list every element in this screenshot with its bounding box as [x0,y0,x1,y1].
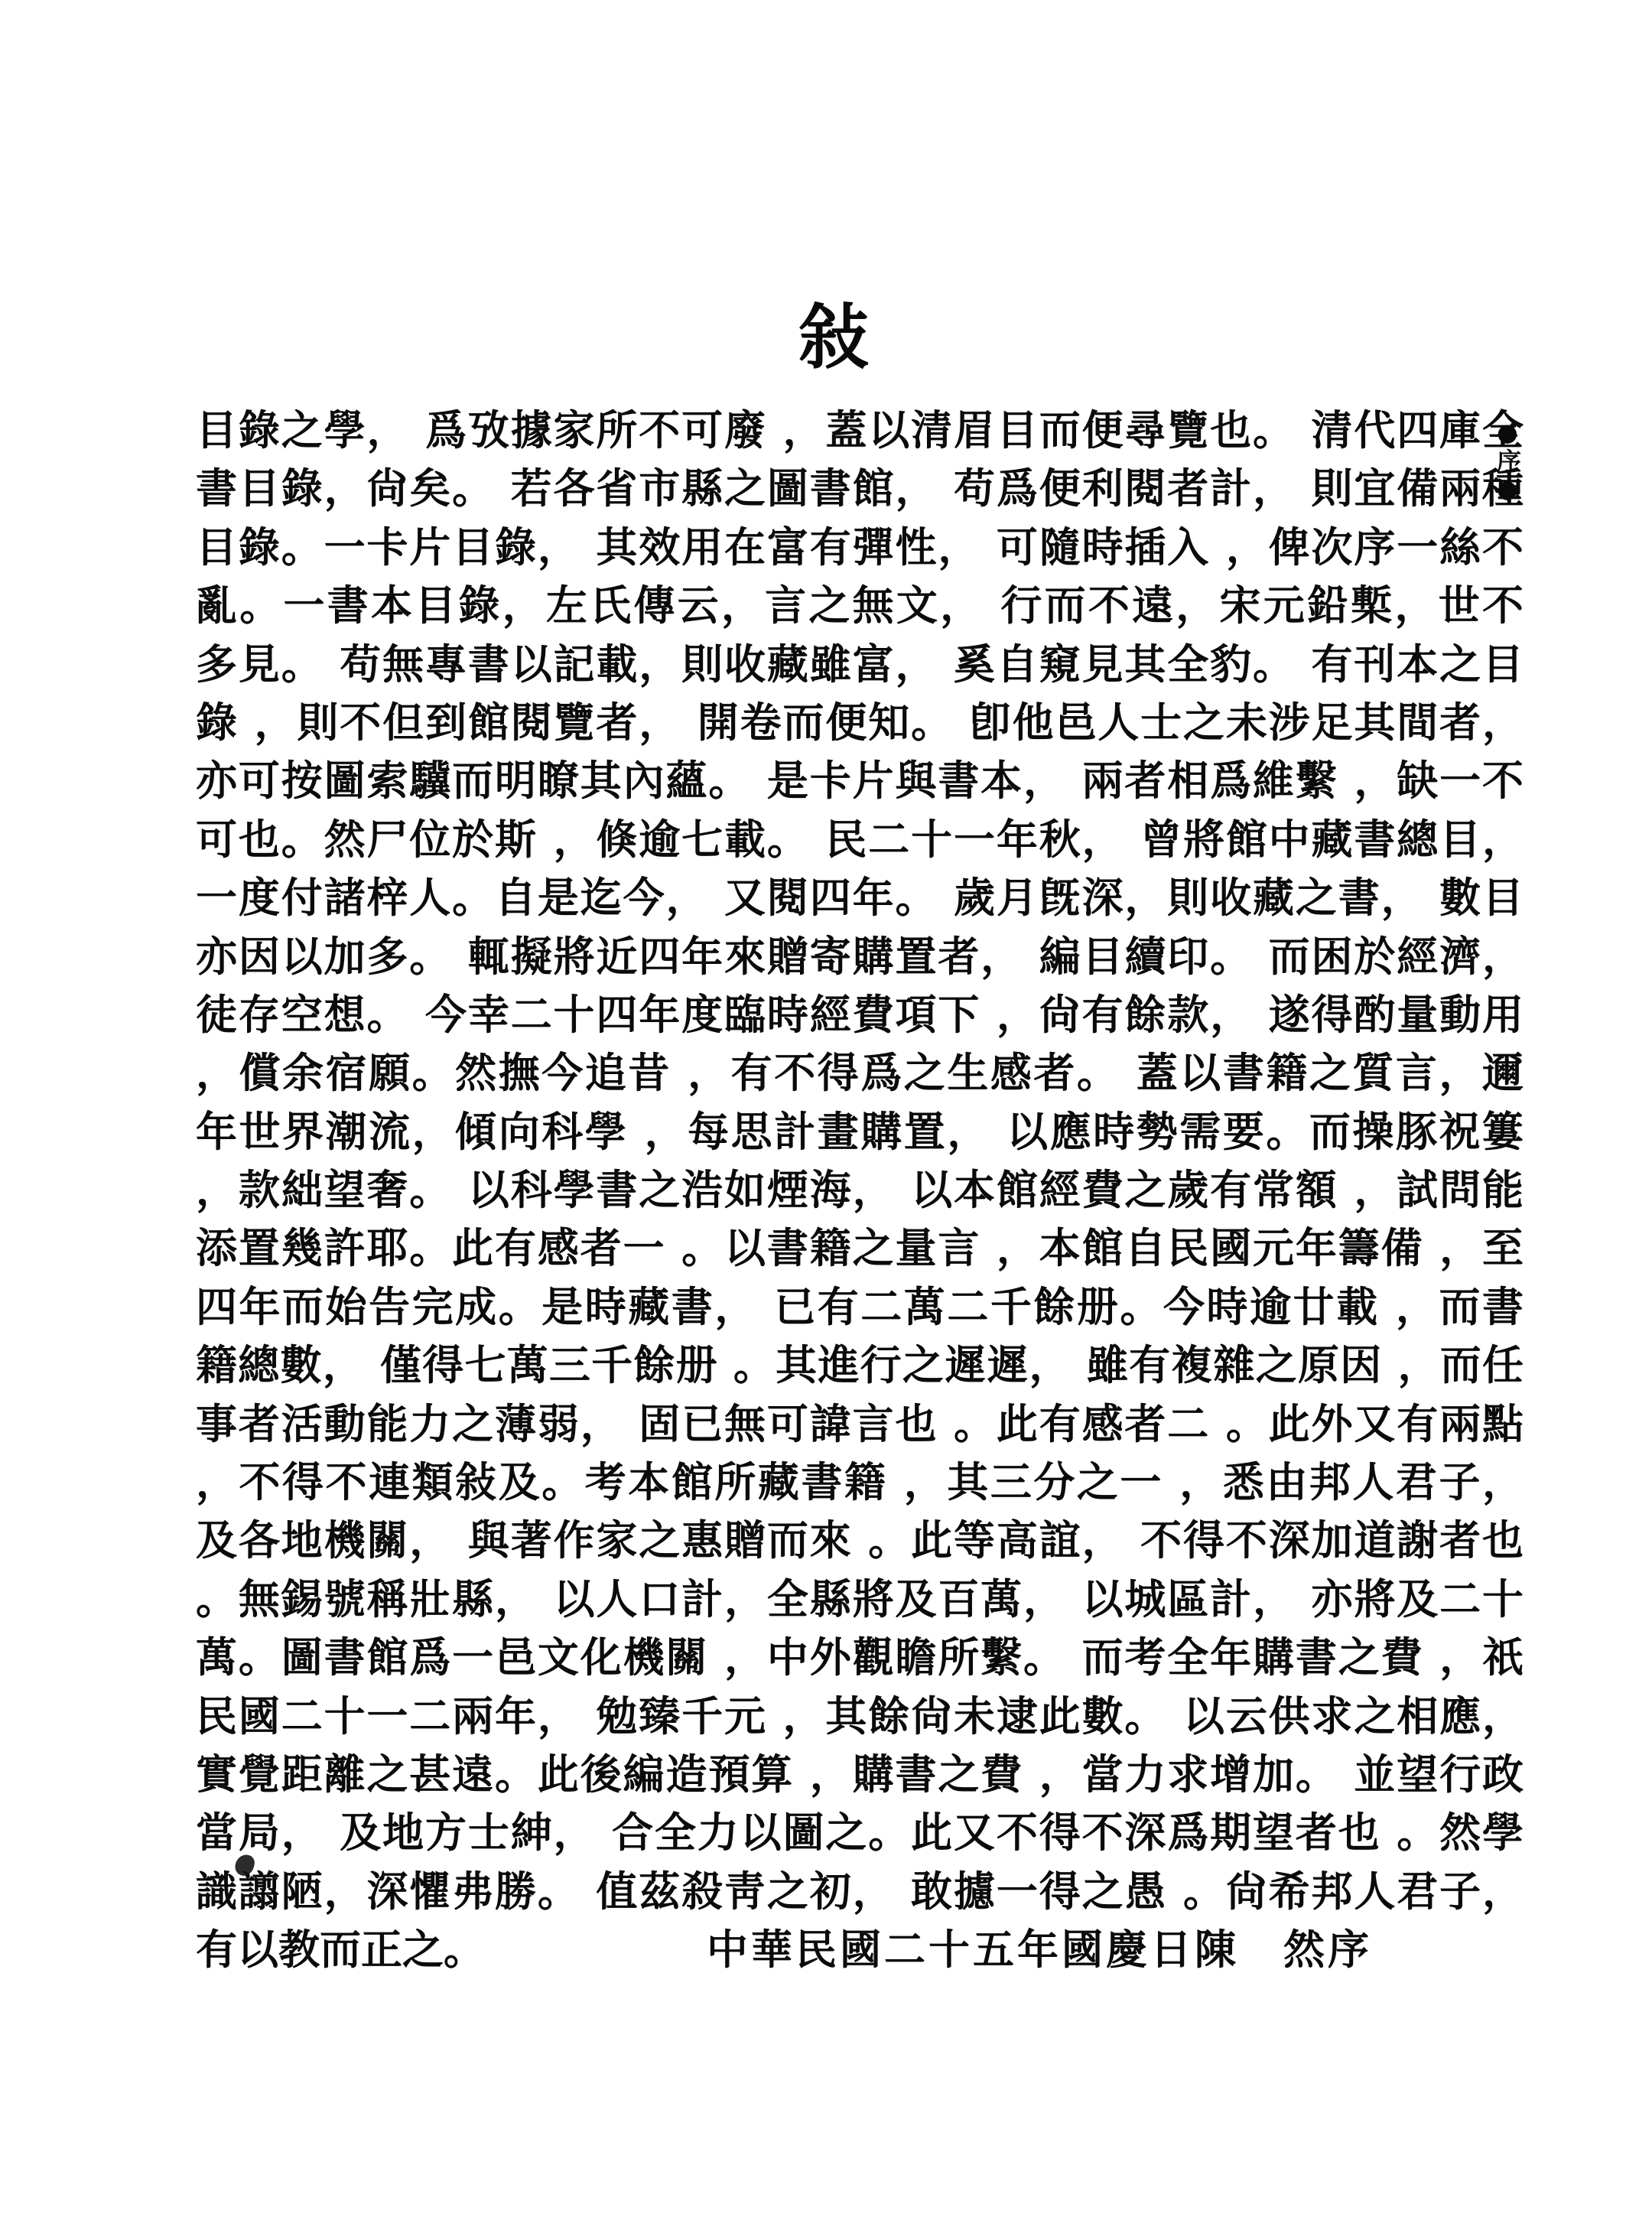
text-line: 多見。 苟無專書以記載，則收藏雖富， 奚自窺見其全豹。 有刊本之目 [196,635,1524,693]
text-line: 事者活動能力之薄弱， 固已無可諱言也 。此有感者二 。此外又有兩點 [196,1395,1524,1453]
text-line: 四年而始告完成。是時藏書， 已有二萬二千餘册。今時逾廿載 ，而書 [196,1278,1524,1336]
text-line: 識譾陋，深懼弗勝。 值茲殺靑之初， 敢攄一得之愚 。尙希邦人君子， [196,1862,1524,1920]
text-line: 當局， 及地方士紳， 合全力以圖之。此又不得不深爲期望者也 。然學 [196,1803,1524,1861]
closing-line: 有以教而正之。 中華民國二十五年國慶日陳 然序 [196,1920,1524,1978]
text-line: 目錄之學， 爲攷據家所不可廢 ，蓋以清眉目而便尋覽也。 清代四庫全 [196,401,1524,459]
text-line: 徒存空想。 今幸二十四年度臨時經費項下 ，尙有餘款， 遂得酌量動用 [196,985,1524,1043]
text-line: 民國二十一二兩年， 勉臻千元 ，其餘尙未逮此數。 以云供求之相應， [196,1687,1524,1745]
text-line: 目錄。一卡片目錄， 其效用在富有彈性， 可隨時插入 ，俾次序一絲不 [196,518,1524,576]
text-line: ，償余宿願。然撫今追昔 ，有不得爲之生感者。 蓋以書籍之質言，邇 [196,1043,1524,1102]
text-line: 籍總數， 僅得七萬三千餘册 。其進行之遲遲， 雖有複雜之原因 ，而任 [196,1336,1524,1394]
text-line: 添置幾許耶。此有感者一 。以書籍之量言 ，本館自民國元年籌備 ，至 [196,1219,1524,1277]
text-line: 錄 ，則不但到館閱覽者， 開卷而便知。 卽他邑人士之未涉足其間者， [196,693,1524,751]
signature-text: 中華民國二十五年國慶日陳 然序 [707,1920,1372,1978]
text-line: ，不得不連類敍及。考本館所藏書籍 ，其三分之一 ，悉由邦人君子， [196,1453,1524,1511]
text-line: 一度付諸梓人。自是迄今， 又閱四年。 歲月旣深，則收藏之書， 數目 [196,868,1524,926]
preface-text-block: 目錄之學， 爲攷據家所不可廢 ，蓋以清眉目而便尋覽也。 清代四庫全書目錄，尙矣。… [196,401,1524,1979]
text-line: 實覺距離之甚遠。此後編造預算 ，購書之費 ，當力求增加。 並望行政 [196,1745,1524,1803]
text-line: 亦可按圖索驥而明瞭其內蘊。 是卡片與書本， 兩者相爲維繫 ，缺一不 [196,751,1524,809]
text-line: 亦因以加多。 輒擬將近四年來贈寄購置者， 編目續印。 而困於經濟， [196,927,1524,985]
text-line: 年世界潮流，傾向科學 ，每思計畫購置， 以應時勢需要。而操豚祝簍 [196,1102,1524,1161]
closing-text: 有以教而正之。 [196,1920,485,1978]
text-line: 書目錄，尙矣。 若各省市縣之圖書館， 苟爲便利閱者計， 則宜備兩種 [196,459,1524,517]
text-line: 亂。一書本目錄，左氏傳云，言之無文， 行而不遠，宋元鉛槧，世不 [196,576,1524,634]
text-line: 及各地機關， 與著作家之惠贈而來 。此等高誼， 不得不深加道謝者也 [196,1511,1524,1569]
text-line: 。無錫號稱壯縣， 以人口計，全縣將及百萬， 以城區計， 亦將及二十 [196,1570,1524,1628]
text-line: ，款絀望奢。 以科學書之浩如煙海， 以本館經費之歲有常額 ，試問能 [196,1161,1524,1219]
page-title: 敍 [0,282,1652,383]
scanned-preface-page: 敍 ●序● 目錄之學， 爲攷據家所不可廢 ，蓋以清眉目而便尋覽也。 清代四庫全書… [0,0,1652,2240]
text-line: 萬。圖書館爲一邑文化機關 ，中外觀瞻所繫。 而考全年購書之費 ，祇 [196,1628,1524,1686]
text-line: 可也。然尸位於斯 ，倏逾七載。 民二十一年秋， 曾將館中藏書總目， [196,810,1524,868]
preface-lines: 目錄之學， 爲攷據家所不可廢 ，蓋以清眉目而便尋覽也。 清代四庫全書目錄，尙矣。… [196,401,1524,1920]
